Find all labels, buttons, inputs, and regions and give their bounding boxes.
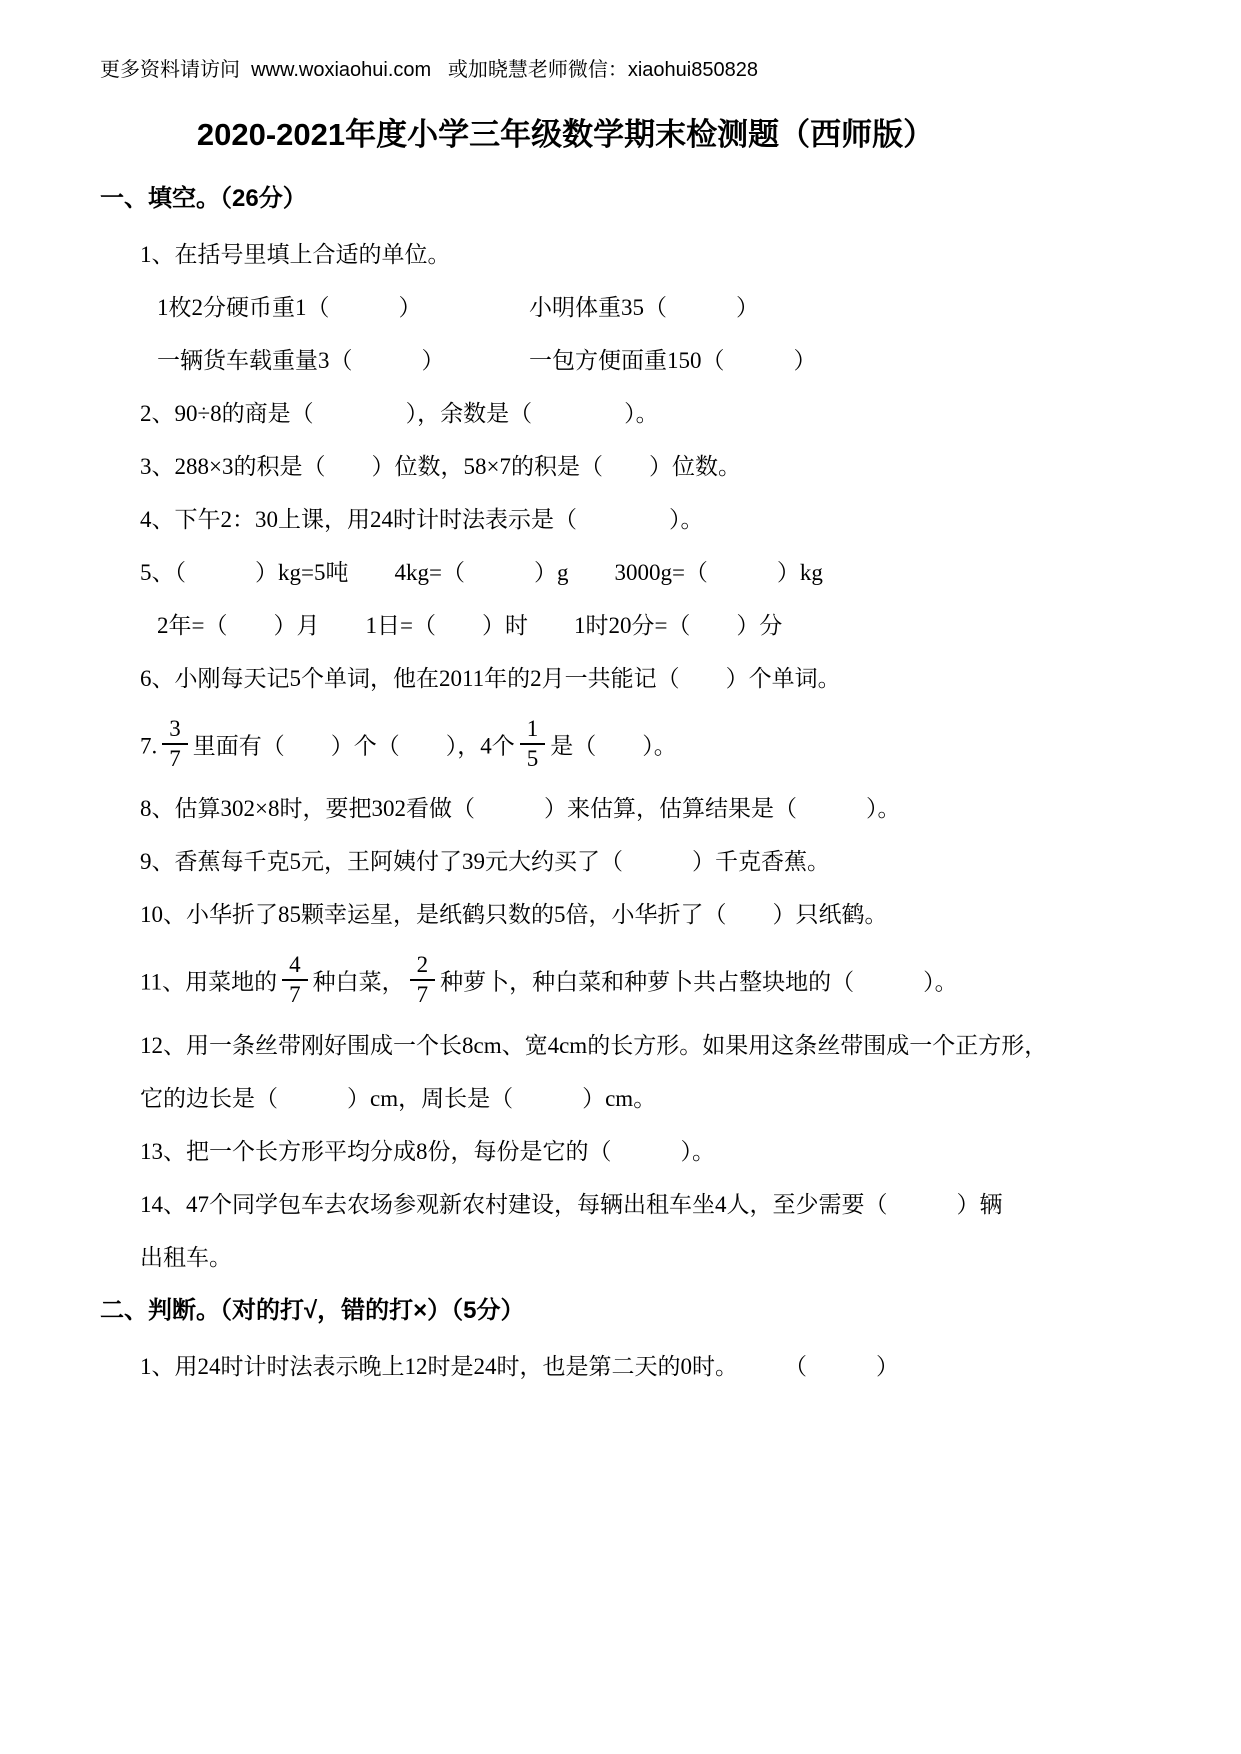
question-1-row-1-left: 1枚2分硬币重1（ ） bbox=[157, 293, 529, 323]
question-11: 11、用菜地的47种白菜，27种萝卜，种白菜和种萝卜共占整块地的（ ）。 bbox=[140, 953, 1151, 1007]
question-7-text-1: 里面有（ ）个（ ），4个 bbox=[193, 734, 515, 759]
question-7-number: 7. bbox=[140, 734, 157, 759]
question-1-row-1-right: 小明体重35（ ） bbox=[529, 293, 759, 323]
question-4: 4、下午2：30上课，用24时计时法表示是（ ）。 bbox=[140, 505, 1151, 535]
question-12-line-2: 它的边长是（ ）cm，周长是（ ）cm。 bbox=[140, 1084, 1151, 1114]
question-11-text-2: 种萝卜，种白菜和种萝卜共占整块地的（ ）。 bbox=[440, 970, 958, 995]
question-14-line-2: 出租车。 bbox=[140, 1243, 1151, 1273]
question-5-row-2: 2年=（ ）月 1日=（ ）时 1时20分=（ ）分 bbox=[157, 611, 1151, 641]
fraction-denominator: 7 bbox=[162, 745, 188, 771]
question-5-row-1: 5、（ ）kg=5吨 4kg=（ ）g 3000g=（ ）kg bbox=[140, 558, 1151, 588]
question-1-row-2-left: 一辆货车载重量3（ ） bbox=[157, 346, 529, 376]
section-1-heading: 一、填空。（26分） bbox=[100, 184, 1151, 214]
fraction-numerator: 1 bbox=[520, 717, 546, 745]
question-3: 3、288×3的积是（ ）位数，58×7的积是（ ）位数。 bbox=[140, 452, 1151, 482]
question-11-prefix: 11、用菜地的 bbox=[140, 970, 277, 995]
fraction-numerator: 2 bbox=[410, 953, 436, 981]
fraction-1-5: 15 bbox=[520, 717, 546, 771]
fraction-denominator: 5 bbox=[520, 745, 546, 771]
question-11-text-1: 种白菜， bbox=[313, 970, 405, 995]
section-2-heading: 二、判断。（对的打√，错的打×）（5分） bbox=[100, 1296, 1151, 1326]
question-14-line-1: 14、47个同学包车去农场参观新农村建设，每辆出租车坐4人，至少需要（ ）辆 bbox=[140, 1190, 1151, 1220]
fraction-denominator: 7 bbox=[282, 981, 308, 1007]
question-1-row-2: 一辆货车载重量3（ ） 一包方便面重150（ ） bbox=[157, 346, 1151, 376]
fraction-denominator: 7 bbox=[410, 981, 436, 1007]
question-8: 8、估算302×8时，要把302看做（ ）来估算，估算结果是（ ）。 bbox=[140, 794, 1151, 824]
question-1-intro: 1、在括号里填上合适的单位。 bbox=[140, 240, 1151, 270]
question-12-line-1: 12、用一条丝带刚好围成一个长8cm、宽4cm的长方形。如果用这条丝带围成一个正… bbox=[140, 1031, 1151, 1061]
question-2: 2、90÷8的商是（ ），余数是（ ）。 bbox=[140, 399, 1151, 429]
question-7: 7.37里面有（ ）个（ ），4个15是（ ）。 bbox=[140, 717, 1151, 771]
judge-question-1: 1、用24时计时法表示晚上12时是24时，也是第二天的0时。 （ ） bbox=[140, 1352, 1151, 1382]
fraction-numerator: 3 bbox=[162, 717, 188, 745]
fraction-2-7: 27 bbox=[410, 953, 436, 1007]
fraction-4-7: 47 bbox=[282, 953, 308, 1007]
question-7-text-2: 是（ ）。 bbox=[550, 734, 677, 759]
fraction-numerator: 4 bbox=[282, 953, 308, 981]
page-title: 2020-2021年度小学三年级数学期末检测题（西师版） bbox=[100, 116, 1031, 154]
question-13: 13、把一个长方形平均分成8份，每份是它的（ ）。 bbox=[140, 1137, 1151, 1167]
question-1-row-1: 1枚2分硬币重1（ ） 小明体重35（ ） bbox=[157, 293, 1151, 323]
header-note: 更多资料请访问 www.woxiaohui.com 或加晓慧老师微信：xiaoh… bbox=[100, 58, 1151, 82]
question-9: 9、香蕉每千克5元，王阿姨付了39元大约买了（ ）千克香蕉。 bbox=[140, 847, 1151, 877]
question-1-row-2-right: 一包方便面重150（ ） bbox=[529, 346, 817, 376]
fraction-3-7: 37 bbox=[162, 717, 188, 771]
exam-page: 更多资料请访问 www.woxiaohui.com 或加晓慧老师微信：xiaoh… bbox=[0, 0, 1241, 1382]
question-10: 10、小华折了85颗幸运星，是纸鹤只数的5倍，小华折了（ ）只纸鹤。 bbox=[140, 900, 1151, 930]
question-6: 6、小刚每天记5个单词，他在2011年的2月一共能记（ ）个单词。 bbox=[140, 664, 1151, 694]
